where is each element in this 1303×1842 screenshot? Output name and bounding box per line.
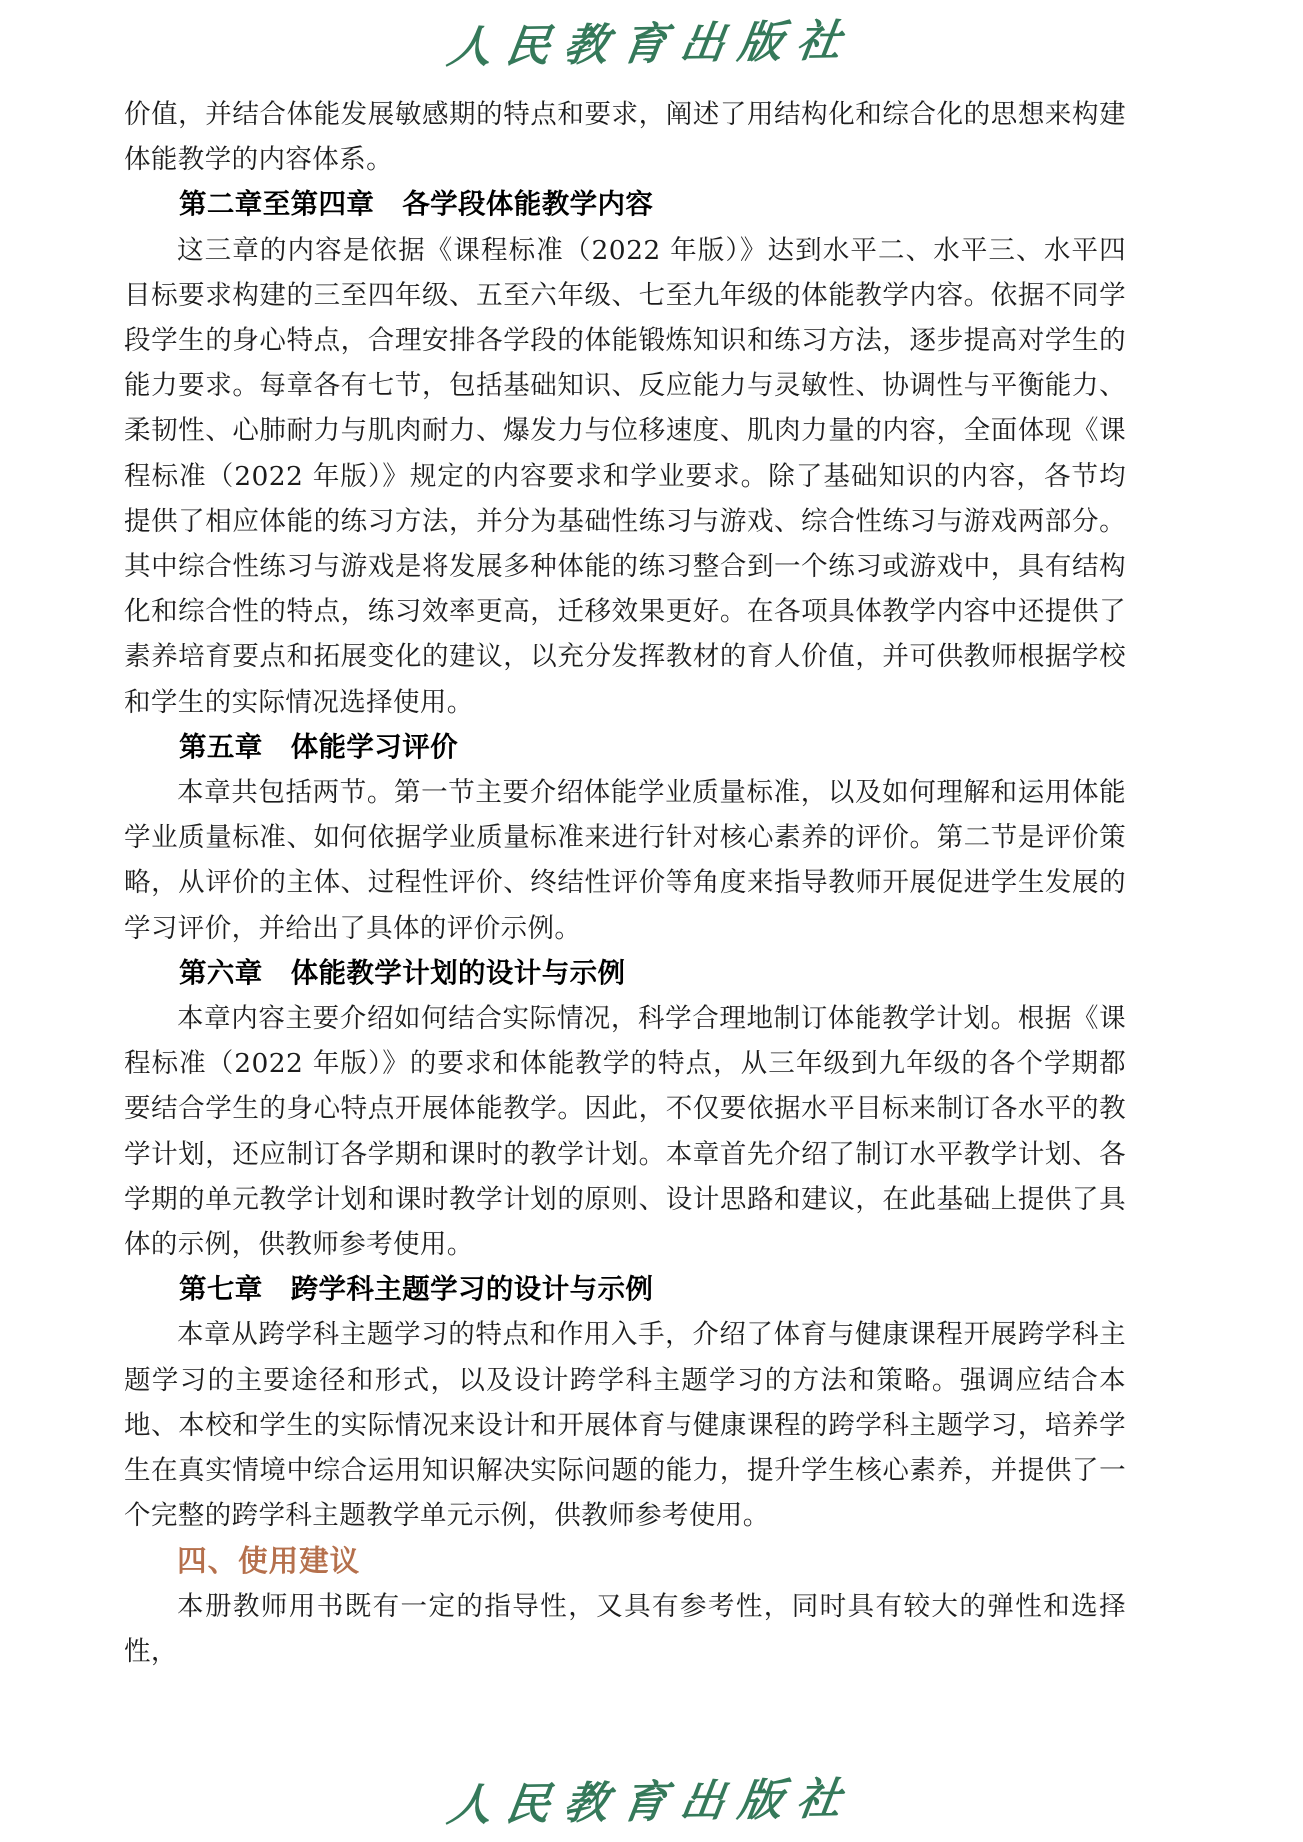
book-page: 人民教育出版社 价值，并结合体能发展敏感期的特点和要求，阐述了用结构化和综合化的… [0, 0, 1303, 1842]
paragraph: 本章共包括两节。第一节主要介绍体能学业质量标准，以及如何理解和运用体能学业质量标… [124, 770, 1126, 951]
paragraph: 本册教师用书既有一定的指导性，又具有参考性，同时具有较大的弹性和选择性， [124, 1584, 1126, 1674]
section-heading: 四、使用建议 [124, 1539, 1126, 1584]
paragraph: 本章内容主要介绍如何结合实际情况，科学合理地制订体能教学计划。根据《课程标准（2… [124, 996, 1126, 1267]
publisher-logo-header: 人民教育出版社 [443, 4, 859, 75]
chapter-heading: 第二章至第四章 各学段体能教学内容 [124, 182, 1126, 227]
publisher-logo-footer: 人民教育出版社 [443, 1762, 859, 1833]
paragraph-continuation: 价值，并结合体能发展敏感期的特点和要求，阐述了用结构化和综合化的思想来构建体能教… [124, 92, 1126, 182]
page-body: 价值，并结合体能发展敏感期的特点和要求，阐述了用结构化和综合化的思想来构建体能教… [124, 92, 1126, 1674]
page-header: 人民教育出版社 [0, 8, 1303, 72]
page-footer: 人民教育出版社 [0, 1766, 1303, 1830]
paragraph: 本章从跨学科主题学习的特点和作用入手，介绍了体育与健康课程开展跨学科主题学习的主… [124, 1312, 1126, 1538]
paragraph: 这三章的内容是依据《课程标准（2022 年版）》达到水平二、水平三、水平四目标要… [124, 228, 1126, 725]
chapter-heading: 第六章 体能教学计划的设计与示例 [124, 951, 1126, 996]
chapter-heading: 第七章 跨学科主题学习的设计与示例 [124, 1267, 1126, 1312]
chapter-heading: 第五章 体能学习评价 [124, 725, 1126, 770]
